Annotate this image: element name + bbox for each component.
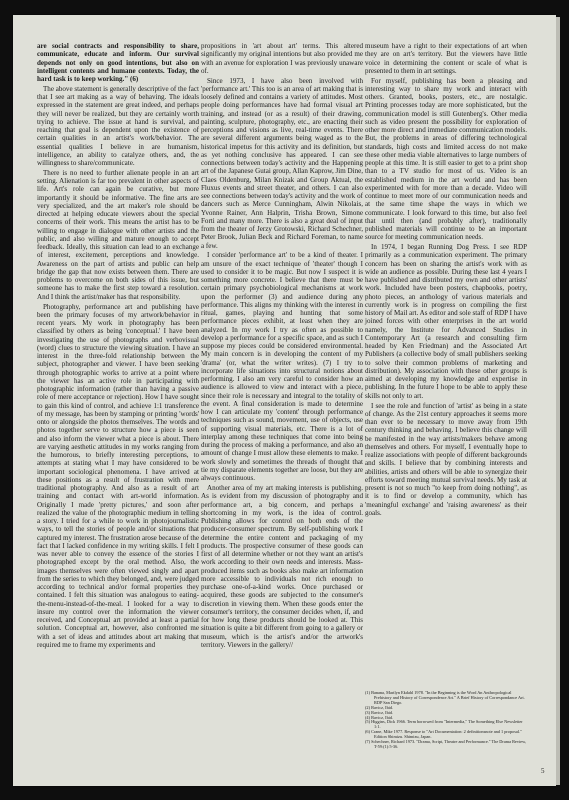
paragraph: I consider 'performance art' to be a kin… [201, 251, 363, 482]
paragraph: The above statement is generally descrip… [37, 85, 199, 168]
text-column-3: museum have a right to their expectation… [365, 42, 527, 519]
paragraph: Another area of my art making interests … [201, 484, 363, 649]
paragraph: In 1974, I began Running Dog Press. I se… [365, 243, 527, 400]
footnotes: (1) Banana, Marilyn Ekdahl 1978. "In the… [365, 691, 529, 750]
paragraph: Since 1973, I have also been involved wi… [201, 77, 363, 250]
document-page: are social contracts and responsibility … [13, 15, 556, 786]
block-quote: are social contracts and responsibility … [37, 42, 199, 83]
page-number: 5 [541, 767, 545, 775]
paragraph: I see the role and function of 'artist' … [365, 402, 527, 518]
footnote: (1) Banana, Marilyn Ekdahl 1978. "In the… [365, 691, 529, 706]
paragraph: There is no need to further alienate peo… [37, 169, 199, 301]
paragraph: museum have a right to their expectation… [365, 42, 527, 75]
text-column-2: propositions in 'art about art' terms. T… [201, 42, 363, 651]
paragraph: Photography, performance art and publish… [37, 303, 199, 650]
paragraph: propositions in 'art about art' terms. T… [201, 42, 363, 75]
text-column-1: are social contracts and responsibility … [37, 42, 199, 651]
footnote: (7) Schechner, Richard 1973. "Drama, Scr… [365, 740, 529, 750]
paragraph: For myself, publishing has been a pleasi… [365, 77, 527, 242]
